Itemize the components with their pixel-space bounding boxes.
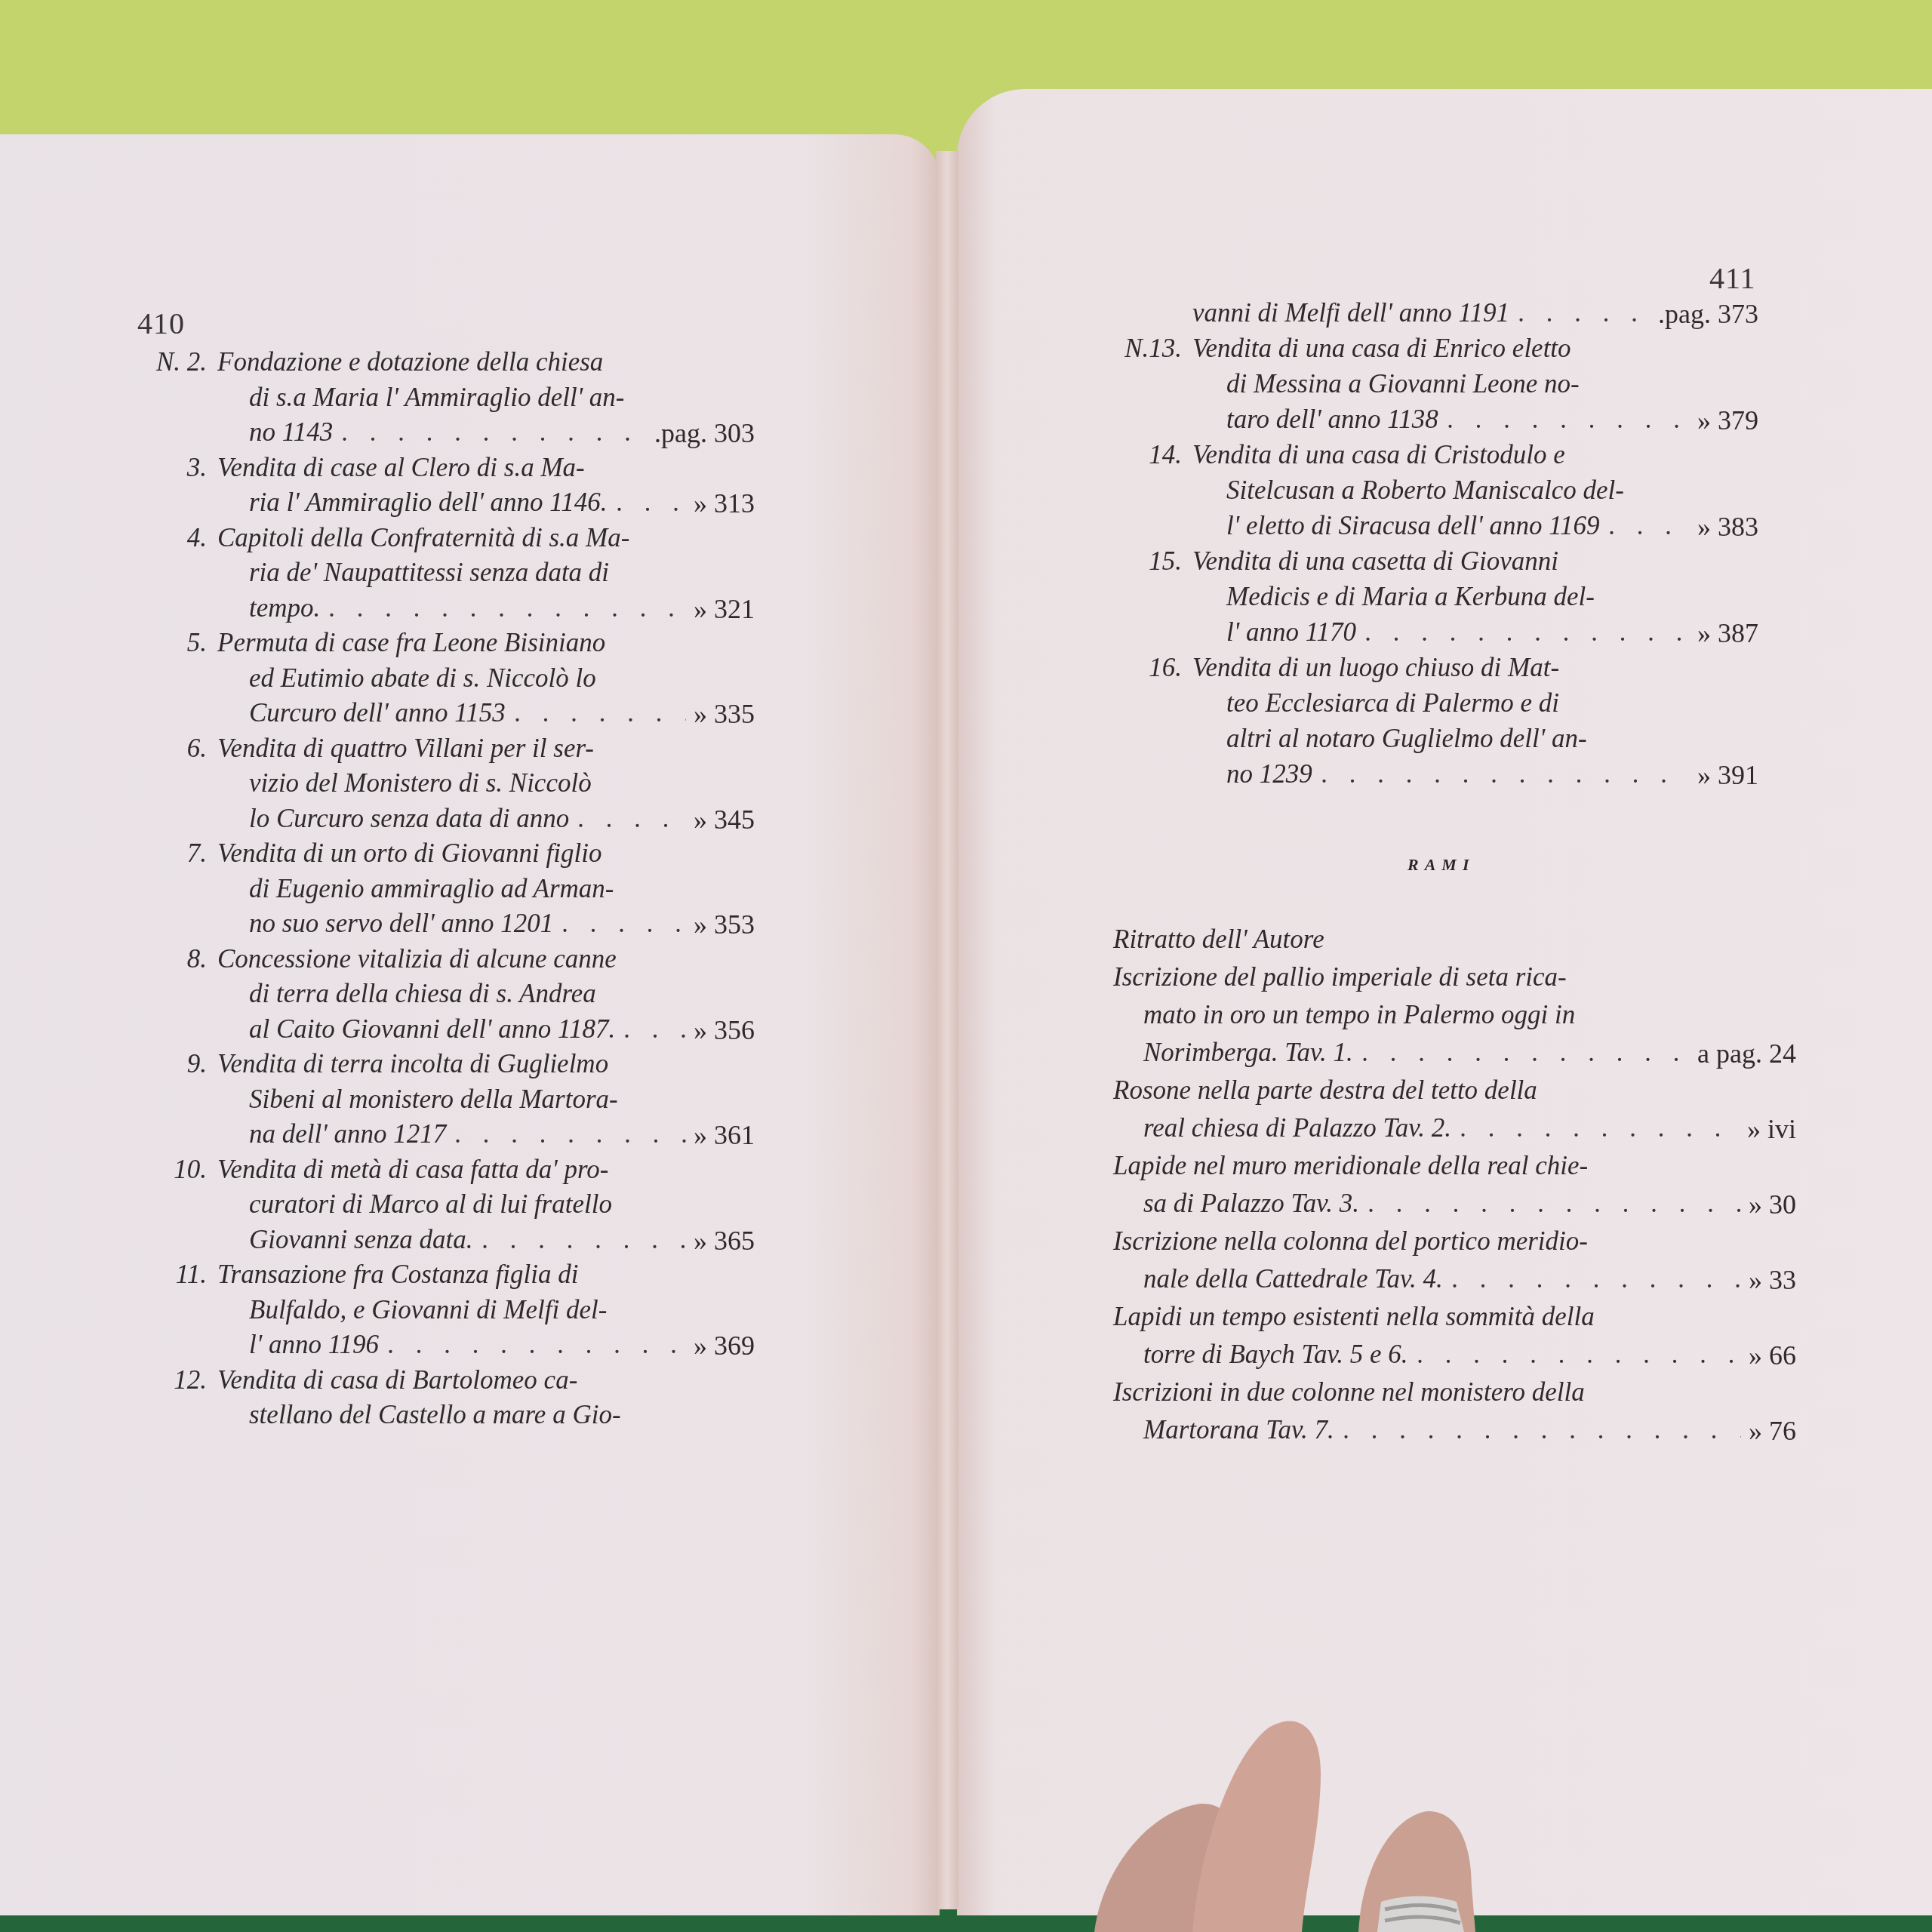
index-line: 11.Transazione fra Costanza figlia di xyxy=(0,1260,936,1295)
index-line: altri al notaro Guglielmo dell' an- xyxy=(958,724,1932,759)
right-page-index: vanni di Melfi dell' anno 1191. . . . . … xyxy=(958,298,1932,795)
page-reference: » 391 xyxy=(1697,759,1758,791)
index-line: ed Eutimio abate di s. Niccolò lo xyxy=(0,663,936,699)
index-line: na dell' anno 1217. . . . . . . . . . . … xyxy=(0,1119,936,1155)
entry-text: al Caito Giovanni dell' anno 1187. xyxy=(249,1014,615,1044)
entry-text: torre di Baych Tav. 5 e 6. xyxy=(1143,1340,1408,1370)
index-line: al Caito Giovanni dell' anno 1187.. . . … xyxy=(0,1014,936,1050)
index-line: lo Curcuro senza data di anno. . . . . .… xyxy=(0,804,936,839)
entry-number: 9. xyxy=(187,1049,207,1079)
entry-text: Martorana Tav. 7. xyxy=(1143,1415,1334,1445)
entry-text: Sibeni al monistero della Martora- xyxy=(249,1084,618,1115)
entry-text: Vendita di una casa di Cristodulo e xyxy=(1192,440,1565,470)
index-line: di s.a Maria l' Ammiraglio dell' an- xyxy=(0,383,936,418)
entry-text: teo Ecclesiarca di Palermo e di xyxy=(1226,688,1559,718)
page-reference: » 369 xyxy=(694,1330,755,1361)
entry-number: N.13. xyxy=(1124,334,1182,364)
index-line: nale della Cattedrale Tav. 4.. . . . . .… xyxy=(958,1264,1932,1302)
entry-text: nale della Cattedrale Tav. 4. xyxy=(1143,1264,1443,1294)
page-reference: » 353 xyxy=(694,909,755,940)
index-line: 7.Vendita di un orto di Giovanni figlio xyxy=(0,838,936,874)
entry-text: curatori di Marco al di lui fratello xyxy=(249,1189,612,1220)
leader-dots: . . . . . . . . . . . . . . . . . . . . … xyxy=(1460,1113,1740,1143)
entry-text: l' anno 1196 xyxy=(249,1330,379,1360)
plates-list: Ritratto dell' AutoreIscrizione del pall… xyxy=(958,924,1932,1453)
index-line: curatori di Marco al di lui fratello xyxy=(0,1189,936,1225)
index-line: Martorana Tav. 7.. . . . . . . . . . . .… xyxy=(958,1415,1932,1453)
index-line: di Eugenio ammiraglio ad Arman- xyxy=(0,874,936,909)
page-reference: » 335 xyxy=(694,698,755,730)
index-line: sa di Palazzo Tav. 3.. . . . . . . . . .… xyxy=(958,1189,1932,1226)
entry-text: Vendita di casa di Bartolomeo ca- xyxy=(217,1365,577,1395)
entry-text: Transazione fra Costanza figlia di xyxy=(217,1260,578,1290)
entry-text: ria l' Ammiraglio dell' anno 1146. xyxy=(249,488,608,518)
index-line: Giovanni senza data.. . . . . . . . . . … xyxy=(0,1225,936,1260)
entry-number: 7. xyxy=(187,838,207,869)
page-reference: » 361 xyxy=(694,1119,755,1151)
entry-text: Concessione vitalizia di alcune canne xyxy=(217,944,617,974)
index-line: 5.Permuta di case fra Leone Bisiniano xyxy=(0,628,936,663)
entry-text: real chiesa di Palazzo Tav. 2. xyxy=(1143,1113,1451,1143)
index-line: mato in oro un tempo in Palermo oggi in xyxy=(958,1000,1932,1038)
index-line: 14.Vendita di una casa di Cristodulo e xyxy=(958,440,1932,475)
index-line: Medicis e di Maria a Kerbuna del- xyxy=(958,582,1932,617)
page-reference: » 383 xyxy=(1697,511,1758,543)
index-line: Iscrizioni in due colonne nel monistero … xyxy=(958,1377,1932,1415)
index-line: 3.Vendita di case al Clero di s.a Ma- xyxy=(0,453,936,488)
entry-text: ed Eutimio abate di s. Niccolò lo xyxy=(249,663,596,694)
index-line: Lapide nel muro meridionale della real c… xyxy=(958,1151,1932,1189)
entry-text: ria de' Naupattitessi senza data di xyxy=(249,558,609,588)
entry-text: tempo. xyxy=(249,593,320,623)
entry-text: Norimberga. Tav. 1. xyxy=(1143,1038,1353,1068)
leader-dots: . . . . . . . . . . . . . . . . . . . . … xyxy=(455,1119,686,1149)
leader-dots: . . . . . . . . . . . . . . . . . . . . … xyxy=(482,1225,686,1255)
index-line: Rosone nella parte destra del tetto dell… xyxy=(958,1075,1932,1113)
leader-dots: . . . . . . . . . . . . . . . . . . . . … xyxy=(515,698,686,728)
entry-text: Vendita di case al Clero di s.a Ma- xyxy=(217,453,585,483)
entry-text: Medicis e di Maria a Kerbuna del- xyxy=(1226,582,1595,612)
leader-dots: . . . . . . . . . . . . . . . . . . . . … xyxy=(1417,1340,1741,1370)
entry-text: sa di Palazzo Tav. 3. xyxy=(1143,1189,1359,1219)
left-page-index: N. 2.Fondazione e dotazione della chiesa… xyxy=(0,347,936,1435)
page-reference: .pag. 373 xyxy=(1658,298,1758,330)
index-line: Sitelcusan a Roberto Maniscalco del- xyxy=(958,475,1932,511)
page-reference: » 365 xyxy=(694,1225,755,1257)
index-line: ria l' Ammiraglio dell' anno 1146.. . . … xyxy=(0,488,936,523)
leader-dots: . . . . . . . . . . . . . . . . . . . . … xyxy=(578,804,686,834)
leader-dots: . . . . . . . . . . . . . . . . . . . . … xyxy=(1452,1264,1741,1294)
leader-dots: . . . . . . . . . . . . . . . . . . . . … xyxy=(1362,1038,1690,1068)
index-line: ria de' Naupattitessi senza data di xyxy=(0,558,936,593)
index-line: 12.Vendita di casa di Bartolomeo ca- xyxy=(0,1365,936,1401)
leader-dots: . . . . . . . . . . . . . . . . . . . . … xyxy=(388,1330,686,1360)
entry-text: Vendita di una casetta di Giovanni xyxy=(1192,546,1558,577)
index-line: Curcuro dell' anno 1153. . . . . . . . .… xyxy=(0,698,936,734)
entry-text: Iscrizione nella colonna del portico mer… xyxy=(1113,1226,1588,1257)
index-line: 9.Vendita di terra incolta di Guglielmo xyxy=(0,1049,936,1084)
entry-text: Rosone nella parte destra del tetto dell… xyxy=(1113,1075,1537,1106)
page-reference: » ivi xyxy=(1747,1113,1796,1145)
index-line: tempo.. . . . . . . . . . . . . . . . . … xyxy=(0,593,936,629)
index-line: taro dell' anno 1138. . . . . . . . . . … xyxy=(958,405,1932,440)
index-line: Lapidi un tempo esistenti nella sommità … xyxy=(958,1302,1932,1340)
entry-number: 6. xyxy=(187,734,207,764)
page-reference: » 387 xyxy=(1697,617,1758,649)
entry-text: no 1239 xyxy=(1226,759,1312,789)
index-line: l' anno 1170. . . . . . . . . . . . . . … xyxy=(958,617,1932,653)
entry-text: stellano del Castello a mare a Gio- xyxy=(249,1400,621,1430)
index-line: 6.Vendita di quattro Villani per il ser- xyxy=(0,734,936,769)
entry-text: Permuta di case fra Leone Bisiniano xyxy=(217,628,605,658)
leader-dots: . . . . . . . . . . . . . . . . . . . . … xyxy=(1447,405,1690,435)
entry-text: di s.a Maria l' Ammiraglio dell' an- xyxy=(249,383,625,413)
leader-dots: . . . . . . . . . . . . . . . . . . . . … xyxy=(562,909,686,939)
index-line: Iscrizione del pallio imperiale di seta … xyxy=(958,962,1932,1000)
entry-text: Fondazione e dotazione della chiesa xyxy=(217,347,603,377)
index-line: Ritratto dell' Autore xyxy=(958,924,1932,962)
entry-text: Ritratto dell' Autore xyxy=(1113,924,1324,955)
index-line: teo Ecclesiarca di Palermo e di xyxy=(958,688,1932,724)
index-line: Sibeni al monistero della Martora- xyxy=(0,1084,936,1120)
entry-text: Vendita di una casa di Enrico eletto xyxy=(1192,334,1571,364)
index-line: Bulfaldo, e Giovanni di Melfi del- xyxy=(0,1295,936,1331)
entry-text: l' anno 1170 xyxy=(1226,617,1356,648)
entry-text: lo Curcuro senza data di anno xyxy=(249,804,569,834)
index-line: 10.Vendita di metà di casa fatta da' pro… xyxy=(0,1155,936,1190)
entry-text: vizio del Monistero di s. Niccolò xyxy=(249,768,592,798)
entry-number: 15. xyxy=(1149,546,1182,577)
leader-dots: . . . . . . . . . . . . . . . . . . . . … xyxy=(342,417,647,448)
entry-text: altri al notaro Guglielmo dell' an- xyxy=(1226,724,1587,754)
page-reference: » 33 xyxy=(1749,1264,1796,1296)
entry-text: Vendita di terra incolta di Guglielmo xyxy=(217,1049,608,1079)
entry-text: di Messina a Giovanni Leone no- xyxy=(1226,369,1580,399)
entry-text: di Eugenio ammiraglio ad Arman- xyxy=(249,874,614,904)
entry-text: Giovanni senza data. xyxy=(249,1225,473,1255)
index-line: l' eletto di Siracusa dell' anno 1169. .… xyxy=(958,511,1932,546)
leader-dots: . . . . . . . . . . . . . . . . . . . . … xyxy=(1343,1415,1741,1445)
entry-text: Iscrizione del pallio imperiale di seta … xyxy=(1113,962,1567,992)
right-page-number: 411 xyxy=(1709,260,1756,296)
entry-number: 10. xyxy=(174,1155,207,1185)
index-line: N. 2.Fondazione e dotazione della chiesa xyxy=(0,347,936,383)
entry-number: 3. xyxy=(187,453,207,483)
entry-text: Vendita di quattro Villani per il ser- xyxy=(217,734,594,764)
page-reference: » 379 xyxy=(1697,405,1758,436)
entry-text: l' eletto di Siracusa dell' anno 1169 xyxy=(1226,511,1600,541)
leader-dots: . . . . . . . . . . . . . . . . . . . . … xyxy=(1368,1189,1741,1219)
entry-number: 5. xyxy=(187,628,207,658)
entry-text: vanni di Melfi dell' anno 1191 xyxy=(1192,298,1509,328)
entry-number: N. 2. xyxy=(156,347,207,377)
page-reference: .pag. 303 xyxy=(654,417,755,449)
entry-number: 8. xyxy=(187,944,207,974)
index-line: 15.Vendita di una casetta di Giovanni xyxy=(958,546,1932,582)
entry-text: Lapidi un tempo esistenti nella sommità … xyxy=(1113,1302,1595,1332)
section-heading-rami: RAMI xyxy=(1407,855,1475,875)
entry-number: 14. xyxy=(1149,440,1182,470)
leader-dots: . . . . . . . . . . . . . . . . . . . . … xyxy=(624,1014,686,1044)
index-line: vizio del Monistero di s. Niccolò xyxy=(0,768,936,804)
page-reference: » 345 xyxy=(694,804,755,835)
entry-text: Iscrizioni in due colonne nel monistero … xyxy=(1113,1377,1585,1407)
entry-text: Lapide nel muro meridionale della real c… xyxy=(1113,1151,1588,1181)
index-line: Iscrizione nella colonna del portico mer… xyxy=(958,1226,1932,1264)
entry-text: Bulfaldo, e Giovanni di Melfi del- xyxy=(249,1295,607,1325)
entry-number: 12. xyxy=(174,1365,207,1395)
entry-text: Curcuro dell' anno 1153 xyxy=(249,698,506,728)
entry-text: Sitelcusan a Roberto Maniscalco del- xyxy=(1226,475,1624,506)
page-reference: » 356 xyxy=(694,1014,755,1046)
index-line: stellano del Castello a mare a Gio- xyxy=(0,1400,936,1435)
page-reference: a pag. 24 xyxy=(1697,1038,1796,1069)
entry-text: no 1143 xyxy=(249,417,333,448)
index-line: no 1143. . . . . . . . . . . . . . . . .… xyxy=(0,417,936,453)
page-reference: » 313 xyxy=(694,488,755,519)
entry-number: 4. xyxy=(187,523,207,553)
index-line: 8.Concessione vitalizia di alcune canne xyxy=(0,944,936,980)
entry-text: mato in oro un tempo in Palermo oggi in xyxy=(1143,1000,1575,1030)
leader-dots: . . . . . . . . . . . . . . . . . . . . … xyxy=(1609,511,1690,541)
index-line: l' anno 1196. . . . . . . . . . . . . . … xyxy=(0,1330,936,1365)
index-line: Norimberga. Tav. 1.. . . . . . . . . . .… xyxy=(958,1038,1932,1075)
entry-text: Vendita di un luogo chiuso di Mat- xyxy=(1192,653,1559,683)
index-line: di terra della chiesa di s. Andrea xyxy=(0,979,936,1014)
page-reference: » 30 xyxy=(1749,1189,1796,1220)
leader-dots: . . . . . . . . . . . . . . . . . . . . … xyxy=(617,488,686,518)
leader-dots: . . . . . . . . . . . . . . . . . . . . … xyxy=(1518,298,1651,328)
index-line: no 1239. . . . . . . . . . . . . . . . .… xyxy=(958,759,1932,795)
entry-text: di terra della chiesa di s. Andrea xyxy=(249,979,596,1009)
entry-text: no suo servo dell' anno 1201 xyxy=(249,909,553,939)
index-line: vanni di Melfi dell' anno 1191. . . . . … xyxy=(958,298,1932,334)
entry-text: taro dell' anno 1138 xyxy=(1226,405,1438,435)
index-line: torre di Baych Tav. 5 e 6.. . . . . . . … xyxy=(958,1340,1932,1377)
index-line: N.13.Vendita di una casa di Enrico elett… xyxy=(958,334,1932,369)
index-line: real chiesa di Palazzo Tav. 2.. . . . . … xyxy=(958,1113,1932,1151)
index-line: 4.Capitoli della Confraternità di s.a Ma… xyxy=(0,523,936,558)
book-gutter xyxy=(936,151,958,1909)
entry-text: Vendita di un orto di Giovanni figlio xyxy=(217,838,601,869)
index-line: 16.Vendita di un luogo chiuso di Mat- xyxy=(958,653,1932,688)
entry-number: 16. xyxy=(1149,653,1182,683)
left-page-number: 410 xyxy=(137,306,185,341)
page-reference: » 66 xyxy=(1749,1340,1796,1371)
leader-dots: . . . . . . . . . . . . . . . . . . . . … xyxy=(1365,617,1690,648)
entry-number: 11. xyxy=(176,1260,207,1290)
page-reference: » 321 xyxy=(694,593,755,625)
entry-text: na dell' anno 1217 xyxy=(249,1119,446,1149)
entry-text: Capitoli della Confraternità di s.a Ma- xyxy=(217,523,629,553)
leader-dots: . . . . . . . . . . . . . . . . . . . . … xyxy=(329,593,686,623)
index-line: di Messina a Giovanni Leone no- xyxy=(958,369,1932,405)
page-reference: » 76 xyxy=(1749,1415,1796,1447)
entry-text: Vendita di metà di casa fatta da' pro- xyxy=(217,1155,609,1185)
index-line: no suo servo dell' anno 1201. . . . . . … xyxy=(0,909,936,944)
leader-dots: . . . . . . . . . . . . . . . . . . . . … xyxy=(1321,759,1690,789)
